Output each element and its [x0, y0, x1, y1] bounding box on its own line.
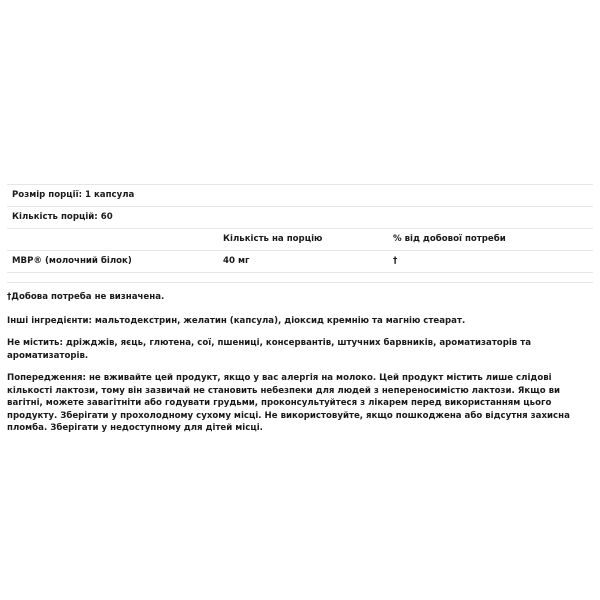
- column-header-daily-value: % від добової потреби: [393, 229, 506, 250]
- warning-text: Попередження: не вживайте цей продукт, я…: [7, 372, 593, 435]
- supplement-facts-table: Розмір порції: 1 капсула Кількість порці…: [7, 184, 593, 283]
- free-of-statement: Не містить: дріжджів, яєць, глютена, сої…: [7, 337, 593, 362]
- ingredient-name: MBP® (молочний білок): [12, 251, 132, 272]
- table-spacer-row: [7, 272, 593, 282]
- ingredient-daily-value: †: [393, 251, 397, 272]
- servings-count: Кількість порцій: 60: [12, 207, 113, 228]
- serving-size-row: Розмір порції: 1 капсула: [7, 184, 593, 206]
- table-row: MBP® (молочний білок) 40 мг †: [7, 250, 593, 272]
- table-header-row: Кількість на порцію % від добової потреб…: [7, 228, 593, 250]
- column-header-amount: Кількість на порцію: [223, 229, 322, 250]
- ingredient-amount: 40 мг: [223, 251, 249, 272]
- serving-size: Розмір порції: 1 капсула: [12, 185, 134, 206]
- daily-value-footnote: †Добова потреба не визначена.: [7, 291, 593, 304]
- servings-count-row: Кількість порцій: 60: [7, 206, 593, 228]
- other-ingredients: Інші інгредієнти: мальтодекстрин, желати…: [7, 315, 593, 328]
- table-bottom-border: [7, 282, 593, 283]
- product-notes: †Добова потреба не визначена. Інші інгре…: [7, 291, 593, 445]
